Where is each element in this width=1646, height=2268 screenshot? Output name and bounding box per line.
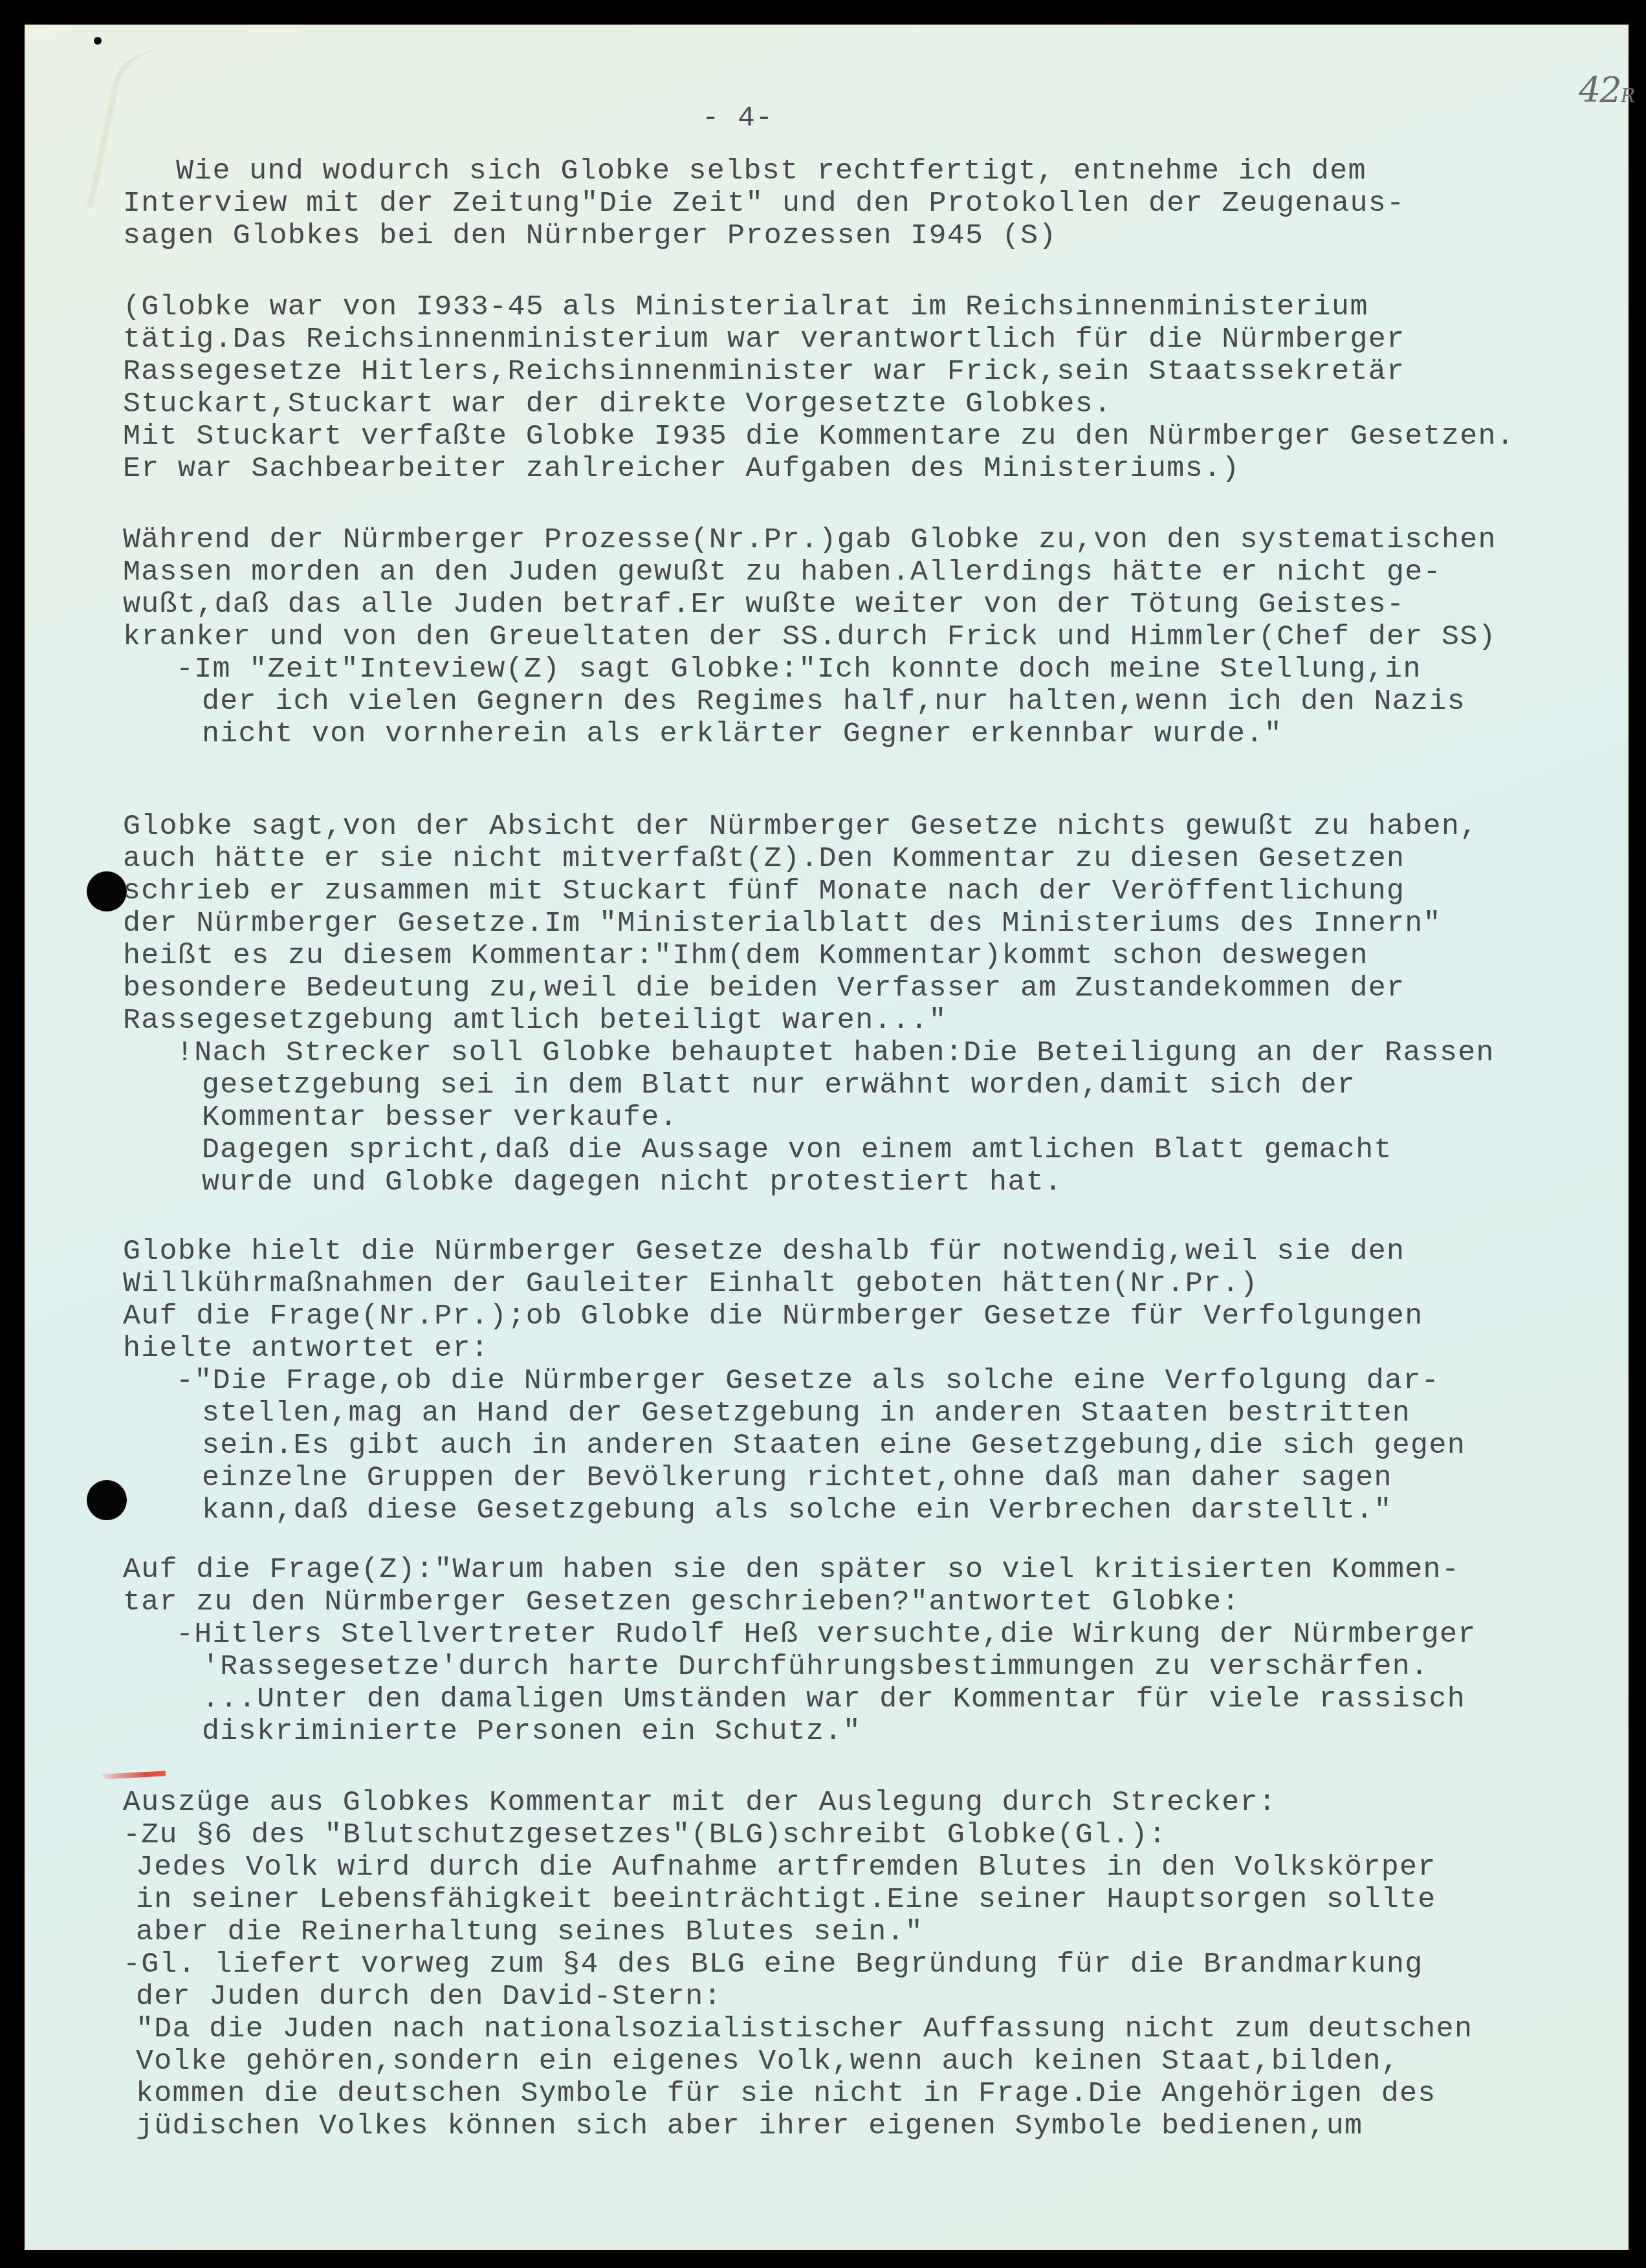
punch-hole-lower: [87, 1480, 127, 1520]
quote-line: nicht von vornherein als erklärter Gegne…: [123, 718, 1497, 750]
note-line: wurde und Globke dagegen nicht protestie…: [123, 1166, 1495, 1199]
quote-line: einzelne Gruppen der Bevölkerung richtet…: [123, 1462, 1465, 1494]
text-line: schrieb er zusammen mit Stuckart fünf Mo…: [123, 875, 1495, 908]
paragraph-intro: Wie und wodurch sich Globke selbst recht…: [123, 155, 1405, 252]
quote-line: ...Unter den damaligen Umständen war der…: [123, 1683, 1476, 1716]
text-line: -Gl. liefert vorweg zum §4 des BLG eine …: [123, 1948, 1473, 1981]
quote-line: jüdischen Volkes können sich aber ihrer …: [123, 2110, 1473, 2143]
quote-line: diskriminierte Personen ein Schutz.": [123, 1716, 1476, 1748]
paragraph-nuremberg-trials: Während der Nürmberger Prozesse(Nr.Pr.)g…: [123, 524, 1497, 750]
small-punch-hole: [94, 37, 102, 45]
paragraph-background: (Globke war von I933-45 als Ministerialr…: [123, 291, 1515, 485]
quote-line: 'Rassegesetze'durch harte Durchführungsb…: [123, 1651, 1476, 1683]
paragraph-criticized-commentary: Auf die Frage(Z):"Warum haben sie den sp…: [123, 1554, 1476, 1748]
text-line: Auf die Frage(Z):"Warum haben sie den sp…: [123, 1554, 1476, 1586]
red-pencil-mark: [102, 1771, 166, 1779]
text-line: Stuckart,Stuckart war der direkte Vorges…: [123, 388, 1515, 420]
text-line: kranker und von den Greueltaten der SS.d…: [123, 621, 1497, 653]
text-line: der Juden durch den David-Stern:: [123, 1981, 1473, 2013]
note-line: Kommentar besser verkaufe.: [123, 1102, 1495, 1134]
text-line: Massen morden an den Juden gewußt zu hab…: [123, 556, 1497, 589]
text-line: Globke sagt,von der Absicht der Nürmberg…: [123, 811, 1495, 843]
quote-line: der ich vielen Gegnern des Regimes half,…: [123, 686, 1497, 718]
text-line: sagen Globkes bei den Nürnberger Prozess…: [123, 220, 1405, 252]
text-line: -Zu §6 des "Blutschutzgesetzes"(BLG)schr…: [123, 1819, 1473, 1851]
quote-line: -"Die Frage,ob die Nürmberger Gesetze al…: [123, 1365, 1465, 1397]
note-line: Dagegen spricht,daß die Aussage von eine…: [123, 1134, 1495, 1166]
text-line: auch hätte er sie nicht mitverfaßt(Z).De…: [123, 843, 1495, 875]
text-line: tar zu den Nürmberger Gesetzen geschrieb…: [123, 1586, 1476, 1619]
quote-line: in seiner Lebensfähigkeit beeinträchtigt…: [123, 1884, 1473, 1916]
quote-line: kann,daß diese Gesetzgebung als solche e…: [123, 1494, 1465, 1527]
text-line: (Globke war von I933-45 als Ministerialr…: [123, 291, 1515, 323]
quote-line: stellen,mag an Hand der Gesetzgebung in …: [123, 1397, 1465, 1430]
text-line: besondere Bedeutung zu,weil die beiden V…: [123, 972, 1495, 1005]
text-line: tätig.Das Reichsinnenministerium war ver…: [123, 323, 1515, 356]
text-line: heißt es zu diesem Kommentar:"Ihm(dem Ko…: [123, 940, 1495, 972]
document-page: 42R - 4- Wie und wodurch sich Globke sel…: [26, 26, 1627, 2249]
text-line: Wie und wodurch sich Globke selbst recht…: [123, 155, 1405, 188]
note-line: gesetzgebung sei in dem Blatt nur erwähn…: [123, 1069, 1495, 1102]
text-line: Auf die Frage(Nr.Pr.);ob Globke die Nürm…: [123, 1300, 1465, 1333]
paragraph-excerpts: Auszüge aus Globkes Kommentar mit der Au…: [123, 1787, 1473, 2143]
quote-line: aber die Reinerhaltung seines Blutes sei…: [123, 1916, 1473, 1948]
quote-line: sein.Es gibt auch in anderen Staaten ein…: [123, 1430, 1465, 1462]
quote-line: kommen die deutschen Symbole für sie nic…: [123, 2078, 1473, 2110]
text-line: Er war Sachbearbeiter zahlreicher Aufgab…: [123, 453, 1515, 485]
text-line: Mit Stuckart verfaßte Globke I935 die Ko…: [123, 420, 1515, 453]
folio-number: 42R: [1579, 70, 1634, 111]
page-number: - 4-: [702, 102, 773, 135]
quote-line: Jedes Volk wird durch die Aufnahme artfr…: [123, 1851, 1473, 1884]
text-line: Rassegesetzgebung amtlich beteiligt ware…: [123, 1005, 1495, 1037]
text-line: Während der Nürmberger Prozesse(Nr.Pr.)g…: [123, 524, 1497, 556]
text-line: Willkührmaßnahmen der Gauleiter Einhalt …: [123, 1268, 1465, 1300]
quote-line: Volke gehören,sondern ein eigenes Volk,w…: [123, 2045, 1473, 2078]
paragraph-necessity: Globke hielt die Nürmberger Gesetze desh…: [123, 1236, 1465, 1527]
folio-mark-text: 42: [1579, 70, 1621, 111]
text-line: Interview mit der Zeitung"Die Zeit" und …: [123, 188, 1405, 220]
folio-suffix-text: R: [1621, 85, 1634, 107]
paragraph-commentary: Globke sagt,von der Absicht der Nürmberg…: [123, 811, 1495, 1199]
text-line: Globke hielt die Nürmberger Gesetze desh…: [123, 1236, 1465, 1268]
quote-line: -Im "Zeit"Inteview(Z) sagt Globke:"Ich k…: [123, 653, 1497, 686]
text-line: hielte antwortet er:: [123, 1333, 1465, 1365]
quote-line: "Da die Juden nach nationalsozialistisch…: [123, 2013, 1473, 2045]
text-line: Auszüge aus Globkes Kommentar mit der Au…: [123, 1787, 1473, 1819]
text-line: Rassegesetze Hitlers,Reichsinnenminister…: [123, 356, 1515, 388]
text-line: der Nürmberger Gesetze.Im "Ministerialbl…: [123, 908, 1495, 940]
punch-hole-upper: [87, 871, 127, 911]
quote-line: -Hitlers Stellvertreter Rudolf Heß versu…: [123, 1619, 1476, 1651]
text-line: wußt,daß das alle Juden betraf.Er wußte …: [123, 589, 1497, 621]
note-line: !Nach Strecker soll Globke behauptet hab…: [123, 1037, 1495, 1069]
